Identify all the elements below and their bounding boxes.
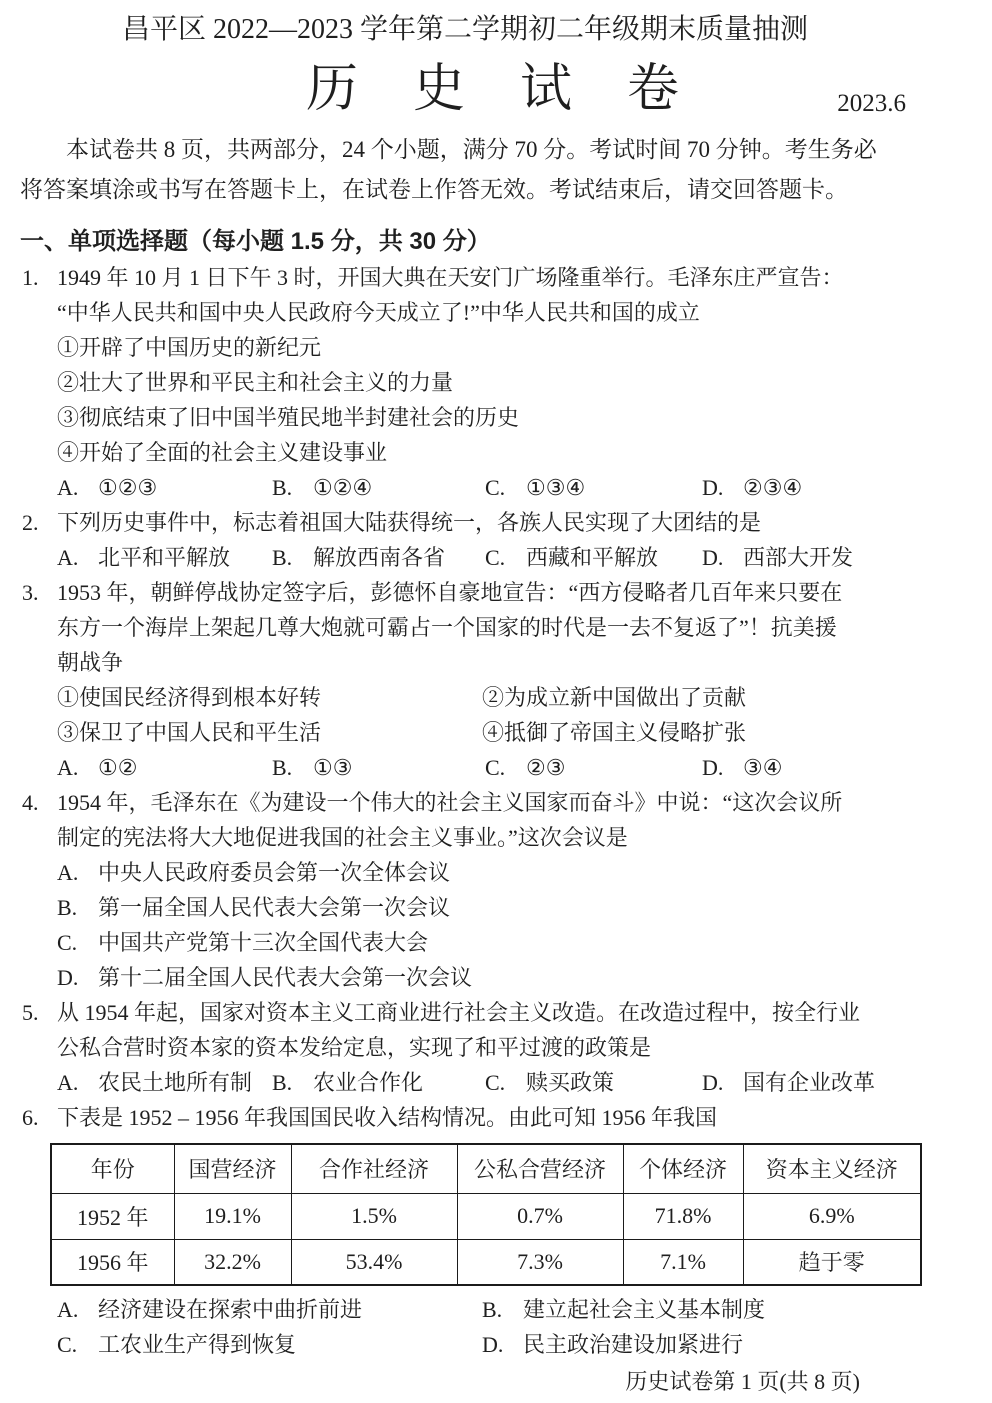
q4-option-b: B.第一届全国人民代表大会第一次会议: [57, 890, 910, 925]
option-text: 解放西南各省: [313, 545, 445, 570]
q2-option-a: A.北平和平解放: [57, 540, 272, 575]
option-text: ②③: [526, 755, 565, 780]
option-text: 农民土地所有制: [98, 1070, 252, 1095]
option-label: C.: [485, 1065, 526, 1100]
q1-subitem-4: ④开始了全面的社会主义建设事业: [57, 435, 910, 470]
question-2: 2. 下列历史事件中，标志着祖国大陆获得统一，各族人民实现了大团结的是 A.北平…: [20, 505, 910, 575]
q3-subitems: ①使国民经济得到根本好转 ②为成立新中国做出了贡献 ③保卫了中国人民和平生活 ④…: [57, 680, 910, 750]
question-3-stem-line: 1953 年，朝鲜停战协定签字后，彭德怀自豪地宣告：“西方侵略者几百年来只要在: [57, 575, 910, 610]
option-text: ②③④: [743, 475, 802, 500]
option-label: D.: [702, 470, 743, 505]
table-cell: 7.3%: [457, 1239, 623, 1285]
option-label: A.: [57, 470, 98, 505]
table-cell: 7.1%: [623, 1239, 743, 1285]
option-text: ①③: [313, 755, 352, 780]
table-header-row: 年份 国营经济 合作社经济 公私合营经济 个体经济 资本主义经济: [51, 1144, 921, 1193]
option-label: C.: [485, 540, 526, 575]
option-text: 第十二届全国人民代表大会第一次会议: [98, 965, 472, 990]
q1-subitem-1: ①开辟了中国历史的新纪元: [57, 330, 910, 365]
table-header-cell: 合作社经济: [291, 1144, 457, 1193]
q1-option-c: C.①③④: [485, 470, 702, 505]
option-text: 工农业生产得到恢复: [98, 1332, 296, 1357]
option-label: D.: [702, 1065, 743, 1100]
option-label: D.: [702, 750, 743, 785]
question-1-stem-line: 1949 年 10 月 1 日下午 3 时，开国大典在天安门广场隆重举行。毛泽东…: [57, 260, 910, 295]
q6-options: A.经济建设在探索中曲折前进 B.建立起社会主义基本制度 C.工农业生产得到恢复…: [57, 1292, 910, 1362]
exam-title-char: 历: [306, 58, 358, 122]
table-cell: 1956 年: [51, 1239, 174, 1285]
option-text: ①②③: [98, 475, 157, 500]
question-4-stem-line: 制定的宪法将大大地促进我国的社会主义事业。”这次会议是: [57, 820, 910, 855]
table-cell: 71.8%: [623, 1193, 743, 1239]
question-6-number: 6.: [22, 1100, 39, 1135]
question-4: 4. 1954 年，毛泽东在《为建设一个伟大的社会主义国家而奋斗》中说：“这次会…: [20, 785, 910, 995]
question-6-stem-line: 下表是 1952 – 1956 年我国国民收入结构情况。由此可知 1956 年我…: [57, 1100, 910, 1135]
option-label: A.: [57, 750, 98, 785]
question-3-stem-line: 东方一个海岸上架起几尊大炮就可霸占一个国家的时代是一去不复返了”！抗美援: [57, 610, 910, 645]
page-content: 昌平区 2022—2023 学年第二学期初二年级期末质量抽测 历 史 试 卷 2…: [20, 0, 910, 1399]
option-label: C.: [485, 750, 526, 785]
option-label: D.: [702, 540, 743, 575]
q6-option-a: A.经济建设在探索中曲折前进: [57, 1292, 482, 1327]
q2-option-c: C.西藏和平解放: [485, 540, 702, 575]
q3-subitem-1: ①使国民经济得到根本好转: [57, 680, 482, 715]
q4-option-c: C.中国共产党第十三次全国代表大会: [57, 925, 910, 960]
option-label: A.: [57, 540, 98, 575]
exam-title-char: 试: [520, 58, 572, 122]
option-text: 赎买政策: [526, 1070, 614, 1095]
q6-options-block: A.经济建设在探索中曲折前进 B.建立起社会主义基本制度 C.工农业生产得到恢复…: [20, 1292, 910, 1362]
option-text: 建立起社会主义基本制度: [523, 1297, 765, 1322]
exam-title: 历 史 试 卷: [75, 58, 910, 122]
table-row-1956: 1956 年 32.2% 53.4% 7.3% 7.1% 趋于零: [51, 1239, 921, 1285]
option-label: B.: [57, 890, 98, 925]
table-header-cell: 个体经济: [623, 1144, 743, 1193]
table-header-cell: 年份: [51, 1144, 174, 1193]
option-text: 农业合作化: [313, 1070, 423, 1095]
option-text: 国有企业改革: [743, 1070, 875, 1095]
question-4-stem-line: 1954 年，毛泽东在《为建设一个伟大的社会主义国家而奋斗》中说：“这次会议所: [57, 785, 910, 820]
table-cell: 1952 年: [51, 1193, 174, 1239]
q1-subitem-3: ③彻底结束了旧中国半殖民地半封建社会的历史: [57, 400, 910, 435]
question-4-number: 4.: [22, 785, 39, 820]
q1-options: A.①②③ B.①②④ C.①③④ D.②③④: [57, 470, 910, 505]
q4-option-d: D.第十二届全国人民代表大会第一次会议: [57, 960, 910, 995]
question-6: 6. 下表是 1952 – 1956 年我国国民收入结构情况。由此可知 1956…: [20, 1100, 910, 1135]
q5-option-a: A.农民土地所有制: [57, 1065, 272, 1100]
instructions-line: 本试卷共 8 页，共两部分，24 个小题，满分 70 分。考试时间 70 分钟。…: [20, 130, 910, 170]
q3-subitem-2: ②为成立新中国做出了贡献: [482, 680, 910, 715]
national-income-table: 年份 国营经济 合作社经济 公私合营经济 个体经济 资本主义经济 1952 年 …: [50, 1143, 922, 1286]
option-text: 民主政治建设加紧进行: [523, 1332, 743, 1357]
option-label: B.: [272, 470, 313, 505]
option-label: B.: [272, 540, 313, 575]
q5-option-d: D.国有企业改革: [702, 1065, 910, 1100]
q5-option-c: C.赎买政策: [485, 1065, 702, 1100]
q3-option-a: A.①②: [57, 750, 272, 785]
option-label: A.: [57, 855, 98, 890]
instructions-line: 将答案填涂或书写在答题卡上，在试卷上作答无效。考试结束后，请交回答题卡。: [20, 170, 910, 210]
option-text: ①②: [98, 755, 137, 780]
option-label: B.: [272, 750, 313, 785]
section-one-heading: 一、单项选择题（每小题 1.5 分，共 30 分）: [20, 224, 910, 260]
exam-title-char: 卷: [627, 58, 679, 122]
table-cell: 0.7%: [457, 1193, 623, 1239]
option-text: ①②④: [313, 475, 372, 500]
table-header-cell: 资本主义经济: [743, 1144, 921, 1193]
question-1-number: 1.: [22, 260, 39, 295]
q2-options: A.北平和平解放 B.解放西南各省 C.西藏和平解放 D.西部大开发: [57, 540, 910, 575]
question-3-stem-line: 朝战争: [57, 645, 910, 680]
q3-option-b: B.①③: [272, 750, 485, 785]
q1-option-d: D.②③④: [702, 470, 910, 505]
option-text: 西藏和平解放: [526, 545, 658, 570]
exam-date: 2023.6: [837, 90, 906, 118]
question-5-stem-line: 从 1954 年起，国家对资本主义工商业进行社会主义改造。在改造过程中，按全行业: [57, 995, 910, 1030]
q5-option-b: B.农业合作化: [272, 1065, 485, 1100]
option-label: C.: [485, 470, 526, 505]
option-text: 西部大开发: [743, 545, 853, 570]
table-cell: 趋于零: [743, 1239, 921, 1285]
q4-option-a: A.中央人民政府委员会第一次全体会议: [57, 855, 910, 890]
option-label: B.: [482, 1292, 523, 1327]
option-text: 北平和平解放: [98, 545, 230, 570]
table-cell: 1.5%: [291, 1193, 457, 1239]
table-row-1952: 1952 年 19.1% 1.5% 0.7% 71.8% 6.9%: [51, 1193, 921, 1239]
exam-paper-page: 昌平区 2022—2023 学年第二学期初二年级期末质量抽测 历 史 试 卷 2…: [0, 0, 992, 1403]
option-label: D.: [482, 1327, 523, 1362]
table-cell: 19.1%: [174, 1193, 291, 1239]
q6-option-c: C.工农业生产得到恢复: [57, 1327, 482, 1362]
table-cell: 53.4%: [291, 1239, 457, 1285]
option-label: C.: [57, 925, 98, 960]
option-label: A.: [57, 1292, 98, 1327]
option-text: 经济建设在探索中曲折前进: [98, 1297, 362, 1322]
q3-option-d: D.③④: [702, 750, 910, 785]
table-cell: 6.9%: [743, 1193, 921, 1239]
question-5-stem-line: 公私合营时资本家的资本发给定息，实现了和平过渡的政策是: [57, 1030, 910, 1065]
q3-subitem-4: ④抵御了帝国主义侵略扩张: [482, 715, 910, 750]
q1-subitem-2: ②壮大了世界和平民主和社会主义的力量: [57, 365, 910, 400]
question-5: 5. 从 1954 年起，国家对资本主义工商业进行社会主义改造。在改造过程中，按…: [20, 995, 910, 1100]
page-title: 昌平区 2022—2023 学年第二学期初二年级期末质量抽测: [20, 0, 910, 50]
exam-title-row: 历 史 试 卷 2023.6: [20, 58, 910, 122]
q5-options: A.农民土地所有制 B.农业合作化 C.赎买政策 D.国有企业改革: [57, 1065, 910, 1100]
question-1-stem-line: “中华人民共和国中央人民政府今天成立了!”中华人民共和国的成立: [57, 295, 910, 330]
option-text: ③④: [743, 755, 782, 780]
option-label: D.: [57, 960, 98, 995]
q2-option-d: D.西部大开发: [702, 540, 910, 575]
option-label: B.: [272, 1065, 313, 1100]
question-3-number: 3.: [22, 575, 39, 610]
option-label: A.: [57, 1065, 98, 1100]
table-header-cell: 公私合营经济: [457, 1144, 623, 1193]
q1-option-b: B.①②④: [272, 470, 485, 505]
option-text: 中央人民政府委员会第一次全体会议: [98, 860, 450, 885]
question-5-number: 5.: [22, 995, 39, 1030]
q3-options: A.①② B.①③ C.②③ D.③④: [57, 750, 910, 785]
page-footer: 历史试卷第 1 页(共 8 页): [20, 1364, 910, 1399]
option-text: 第一届全国人民代表大会第一次会议: [98, 895, 450, 920]
q6-option-d: D.民主政治建设加紧进行: [482, 1327, 910, 1362]
exam-instructions: 本试卷共 8 页，共两部分，24 个小题，满分 70 分。考试时间 70 分钟。…: [20, 130, 910, 210]
option-text: 中国共产党第十三次全国代表大会: [98, 930, 428, 955]
question-2-stem-line: 下列历史事件中，标志着祖国大陆获得统一，各族人民实现了大团结的是: [57, 505, 910, 540]
q3-option-c: C.②③: [485, 750, 702, 785]
q2-option-b: B.解放西南各省: [272, 540, 485, 575]
q1-option-a: A.①②③: [57, 470, 272, 505]
q3-subitem-3: ③保卫了中国人民和平生活: [57, 715, 482, 750]
table-cell: 32.2%: [174, 1239, 291, 1285]
exam-title-char: 史: [413, 58, 465, 122]
option-text: ①③④: [526, 475, 585, 500]
table-header-cell: 国营经济: [174, 1144, 291, 1193]
question-2-number: 2.: [22, 505, 39, 540]
option-label: C.: [57, 1327, 98, 1362]
question-3: 3. 1953 年，朝鲜停战协定签字后，彭德怀自豪地宣告：“西方侵略者几百年来只…: [20, 575, 910, 785]
q6-option-b: B.建立起社会主义基本制度: [482, 1292, 910, 1327]
question-1: 1. 1949 年 10 月 1 日下午 3 时，开国大典在天安门广场隆重举行。…: [20, 260, 910, 505]
